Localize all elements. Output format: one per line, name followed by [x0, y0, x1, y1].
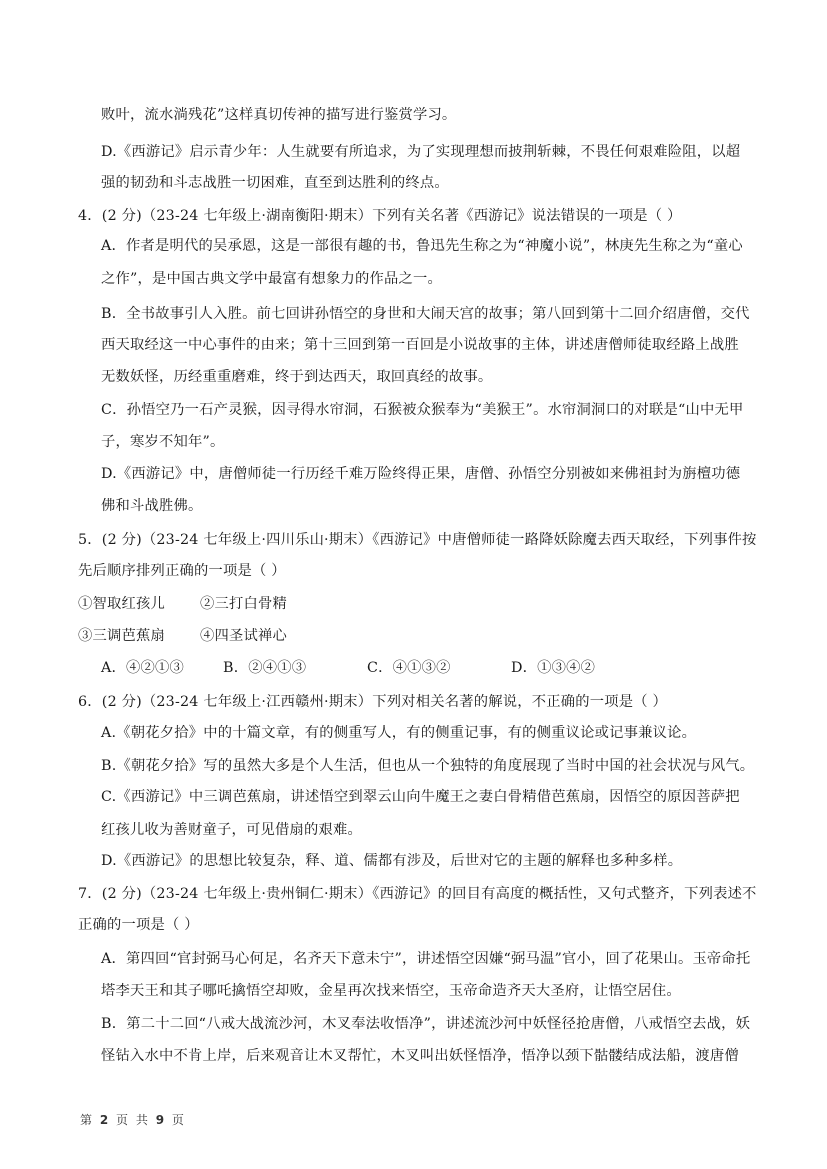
- footer-middle: 页 共: [116, 1113, 150, 1127]
- question-7-option-a: A．第四回“官封弼马心何足，名齐天下意未宁”，讲述悟空因嫌“弼马温”官小，回了花…: [101, 949, 750, 969]
- prev-option-d-line: D.《西游记》启示青少年：人生就要有所追求，为了实现理想而披荆斩棘，不畏任何艰难…: [101, 142, 740, 162]
- question-7-stem: 7．(2 分)（23-24 七年级上·贵州铜仁·期末）《西游记》的回目有高度的概…: [78, 884, 757, 904]
- question-5-event: ①智取红孩儿: [78, 594, 165, 614]
- question-7-stem: 正确的一项是（ ）: [78, 915, 199, 935]
- footer-prefix: 第: [80, 1113, 94, 1127]
- question-7-option-b: B．第二十二回“八戒大战流沙河，木叉奉法收悟净”，讲述流沙河中妖怪径抢唐僧，八戒…: [101, 1014, 750, 1034]
- question-4-option-b: 西天取经这一中心事件的由来；第十三回到第一百回是小说故事的主体，讲述唐僧师徒取经…: [101, 335, 739, 355]
- question-5-option-b: B．②④①③: [223, 658, 306, 678]
- question-4-stem: 4．(2 分)（23-24 七年级上·湖南衡阳·期末）下列有关名著《西游记》说法…: [78, 206, 681, 226]
- question-4-option-a: A．作者是明代的吴承恩，这是一部很有趣的书，鲁迅先生称之为“神魔小说”，林庚先生…: [101, 236, 743, 256]
- question-5-event: ④四圣试禅心: [200, 626, 287, 646]
- question-6-option-d: D.《西游记》的思想比较复杂，释、道、儒都有涉及，后世对它的主题的解释也多种多样…: [101, 851, 682, 871]
- question-6-option-a: A.《朝花夕拾》中的十篇文章，有的侧重写人，有的侧重记事，有的侧重议论或记事兼议…: [101, 723, 696, 743]
- question-4-option-b: B．全书故事引人入胜。前七回讲孙悟空的身世和大闹天宫的故事；第八回到第十二回介绍…: [101, 304, 750, 324]
- prev-option-d-line: 强的韧劲和斗志战胜一切困难，直至到达胜利的终点。: [101, 173, 449, 193]
- current-page-number: 2: [100, 1113, 110, 1127]
- question-4-option-c: 子，寒岁不知年”。: [101, 432, 224, 452]
- question-4-option-d: 佛和斗战胜佛。: [101, 496, 202, 516]
- question-6-option-c: 红孩儿收为善财童子，可见借扇的艰难。: [101, 820, 362, 840]
- question-5-event: ②三打白骨精: [200, 594, 287, 614]
- question-5-event: ③三调芭蕉扇: [78, 626, 165, 646]
- question-7-option-b: 怪钻入水中不肯上岸，后来观音让木叉帮忙，木叉叫出妖怪悟净，悟净以颈下骷髅结成法船…: [101, 1046, 739, 1066]
- total-page-number: 9: [156, 1113, 166, 1127]
- question-6-stem: 6．(2 分)（23-24 七年级上·江西赣州·期末）下列对相关名著的解说，不正…: [78, 692, 667, 712]
- question-4-option-b: 无数妖怪，历经重重磨难，终于到达西天，取回真经的故事。: [101, 367, 492, 387]
- question-4-option-d: D.《西游记》中，唐僧师徒一行历经千难万险终得正果，唐僧、孙悟空分别被如来佛祖封…: [101, 464, 740, 484]
- question-7-option-a: 塔李天王和其子哪吒擒悟空却败，金星再次找来悟空，玉帝命造齐天大圣府，让悟空居住。: [101, 981, 681, 1001]
- footer-suffix: 页: [172, 1113, 186, 1127]
- question-6-option-b: B.《朝花夕拾》写的虽然大多是个人生活，但也从一个独特的角度展现了当时中国的社会…: [101, 756, 754, 776]
- question-5-option-c: C．④①③②: [367, 658, 451, 678]
- document-page: 败叶，流水淌残花”这样真切传神的描写进行鉴赏学习。 D.《西游记》启示青少年：人…: [0, 0, 827, 1169]
- question-5-stem: 5．(2 分)（23-24 七年级上·四川乐山·期末）《西游记》中唐僧师徒一路降…: [78, 530, 757, 550]
- question-4-option-a: 之作”，是中国古典文学中最富有想象力的作品之一。: [101, 269, 442, 289]
- page-footer: 第 2 页 共 9 页: [80, 1111, 186, 1128]
- question-5-option-a: A．④②①③: [101, 658, 184, 678]
- question-5-option-d: D．①③④②: [511, 658, 595, 678]
- question-4-option-c: C．孙悟空乃一石产灵猴，因寻得水帘洞，石猴被众猴奉为“美猴王”。水帘洞洞口的对联…: [101, 400, 744, 420]
- question-6-option-c: C.《西游记》中三调芭蕉扇，讲述悟空到翠云山向牛魔王之妻白骨精借芭蕉扇，因悟空的…: [101, 787, 740, 807]
- question-5-stem: 先后顺序排列正确的一项是（ ）: [78, 561, 286, 581]
- continuation-line: 败叶，流水淌残花”这样真切传神的描写进行鉴赏学习。: [101, 105, 456, 125]
